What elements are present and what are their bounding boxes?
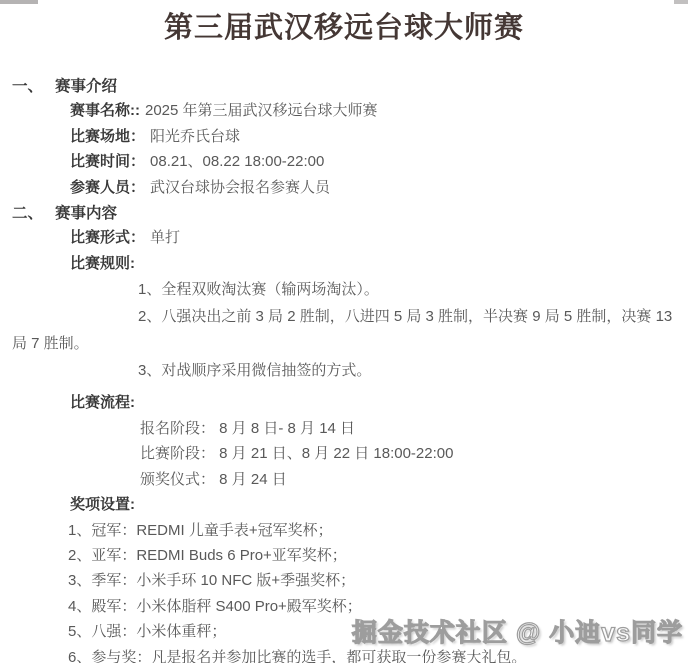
document-body: 第三届武汉移远台球大师赛 一、赛事介绍 赛事名称::2025 年第三届武汉移远台…	[0, 10, 688, 663]
event-name-value: 2025 年第三届武汉移远台球大师赛	[145, 102, 378, 119]
prize-item-third: 3、季军：小米手环 10 NFC 版+季强奖杯；	[68, 568, 676, 593]
rule-item-2: 2、八强决出之前 3 局 2 胜制，八进四 5 局 3 胜制，半决赛 9 局 5…	[12, 303, 676, 357]
top-left-edge-artifact	[0, 0, 38, 4]
row-match-time: 比赛时间：08.21、08.22 18:00-22:00	[70, 149, 676, 175]
row-participants: 参赛人员：武汉台球协会报名参赛人员	[70, 175, 676, 201]
flow-item-matches: 比赛阶段： 8 月 21 日、8 月 22 日 18:00-22:00	[140, 441, 676, 467]
rule-item-3: 3、对战顺序采用微信抽签的方式。	[12, 357, 676, 384]
format-label: 比赛形式：	[70, 229, 145, 246]
rules-heading: 比赛规则:	[70, 251, 676, 277]
match-time-label: 比赛时间：	[70, 153, 145, 170]
participants-value: 武汉台球协会报名参赛人员	[150, 179, 330, 196]
prize-item-champion: 1、冠军：REDMI 儿童手表+冠军奖杯；	[68, 518, 676, 543]
event-name-label: 赛事名称::	[70, 102, 140, 119]
row-venue: 比赛场地：阳光乔氏台球	[70, 124, 676, 150]
top-right-edge-artifact	[674, 0, 688, 4]
section-heading-text: 赛事介绍	[55, 78, 117, 95]
section-heading-intro: 一、赛事介绍	[12, 76, 676, 98]
section-heading-content: 二、赛事内容	[12, 203, 676, 225]
venue-value: 阳光乔氏台球	[150, 128, 240, 145]
rule-item-1: 1、全程双败淘汰赛（输两场淘汰）。	[12, 276, 676, 303]
section-number: 一、	[12, 78, 43, 95]
venue-label: 比赛场地：	[70, 128, 145, 145]
flow-item-awards: 颁奖仪式： 8 月 24 日	[140, 467, 676, 493]
format-value: 单打	[150, 229, 180, 246]
document-title: 第三届武汉移远台球大师赛	[12, 10, 676, 46]
prizes-heading: 奖项设置:	[70, 492, 676, 518]
flow-item-registration: 报名阶段： 8 月 8 日- 8 月 14 日	[140, 416, 676, 442]
prize-item-runner-up: 2、亚军：REDMI Buds 6 Pro+亚军奖杯；	[68, 543, 676, 568]
section-number: 二、	[12, 205, 43, 222]
flow-heading: 比赛流程:	[70, 390, 676, 416]
community-watermark: 掘金技术社区 @ 小迪vs同学	[352, 613, 683, 649]
participants-label: 参赛人员：	[70, 179, 145, 196]
match-time-value: 08.21、08.22 18:00-22:00	[150, 153, 324, 170]
row-format: 比赛形式：单打	[70, 225, 676, 251]
document-page: 第三届武汉移远台球大师赛 一、赛事介绍 赛事名称::2025 年第三届武汉移远台…	[0, 0, 688, 663]
section-heading-text: 赛事内容	[55, 205, 117, 222]
row-event-name: 赛事名称::2025 年第三届武汉移远台球大师赛	[70, 98, 676, 124]
